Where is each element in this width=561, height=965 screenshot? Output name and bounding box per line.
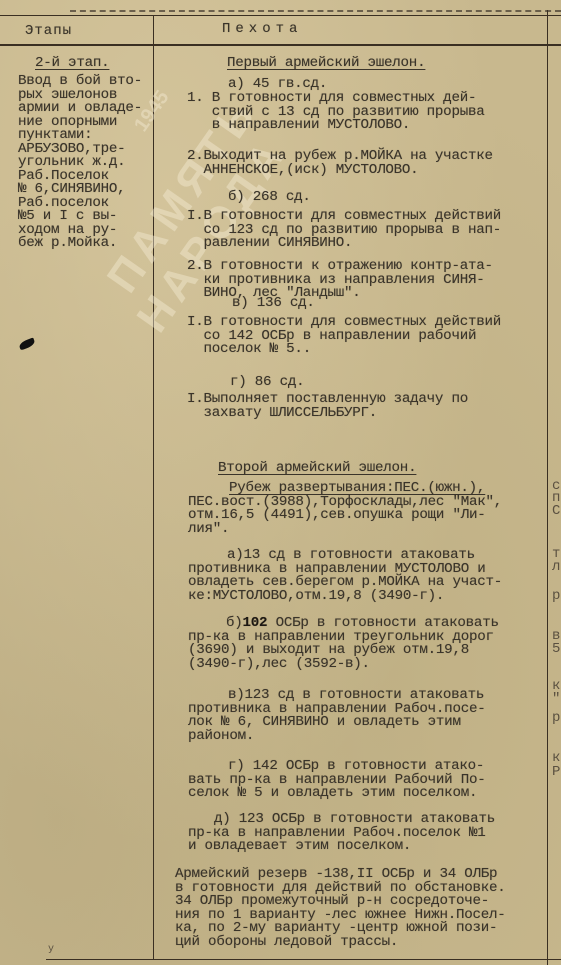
bottom-border	[46, 959, 561, 960]
second-echelon-unit-line: (3490-г),лес (3592-в).	[188, 658, 370, 671]
deployment-line-text: отм.16,5 (4491),сев.опушка рощи "Ли-	[188, 509, 486, 522]
task-line: поселок № 5..	[187, 343, 311, 356]
deployment-line-text: лия".	[188, 523, 229, 536]
fragment-char: р	[552, 590, 560, 603]
second-echelon-unit-line: ке:МУСТОЛОВО,отм.19,8 (3490-г).	[188, 590, 444, 603]
second-echelon-title: Второй армейский эшелон.	[218, 462, 416, 475]
task-line: равлении СИНЯВИНО.	[187, 237, 352, 250]
fragment-char: "	[552, 693, 560, 706]
header-infantry: Пехота	[222, 23, 302, 36]
ink-blot	[18, 338, 36, 351]
second-echelon-unit-line: районом.	[188, 730, 254, 743]
fragment-char: 5	[552, 643, 560, 656]
top-dashed-rule	[70, 10, 561, 12]
fragment-char: л	[552, 561, 560, 574]
header-stages: Этапы	[25, 25, 72, 38]
header-top-border	[0, 15, 561, 16]
fragment-char: С	[552, 505, 560, 518]
unit-label: б) 268 сд.	[228, 191, 311, 204]
task-line: АННЕНСКОЕ,(иск) МУСТОЛОВО.	[187, 164, 418, 177]
second-echelon-unit-line: и овладевает этим поселком.	[188, 840, 411, 853]
first-echelon-title: Первый армейский эшелон.	[227, 57, 425, 70]
margin-mark: у	[48, 944, 54, 955]
column-divider-infantry	[547, 10, 548, 965]
task-line: в направлении МУСТОЛОВО.	[187, 119, 410, 132]
reserve-line: ций обороны ледовой трассы.	[175, 936, 398, 949]
second-echelon-unit-line: селок № 5 и овладеть этим поселком.	[188, 787, 477, 800]
column-divider-stages	[153, 15, 154, 960]
unit-label: г) 86 сд.	[230, 376, 304, 389]
task-line: захвату ШЛИССЕЛЬБУРГ.	[187, 407, 377, 420]
fragment-char: Р	[552, 766, 560, 779]
header-bottom-border	[0, 44, 561, 46]
fragment-char: р	[552, 712, 560, 725]
stage-title: 2-й этап.	[35, 57, 109, 70]
archival-document-page: ПАМЯТЬ НАРОДА 1945 Этапы Пехота 2-й этап…	[0, 0, 561, 965]
stage-description-line: беж р.Мойка.	[18, 237, 117, 250]
unit-label: в) 136 сд.	[232, 297, 315, 310]
